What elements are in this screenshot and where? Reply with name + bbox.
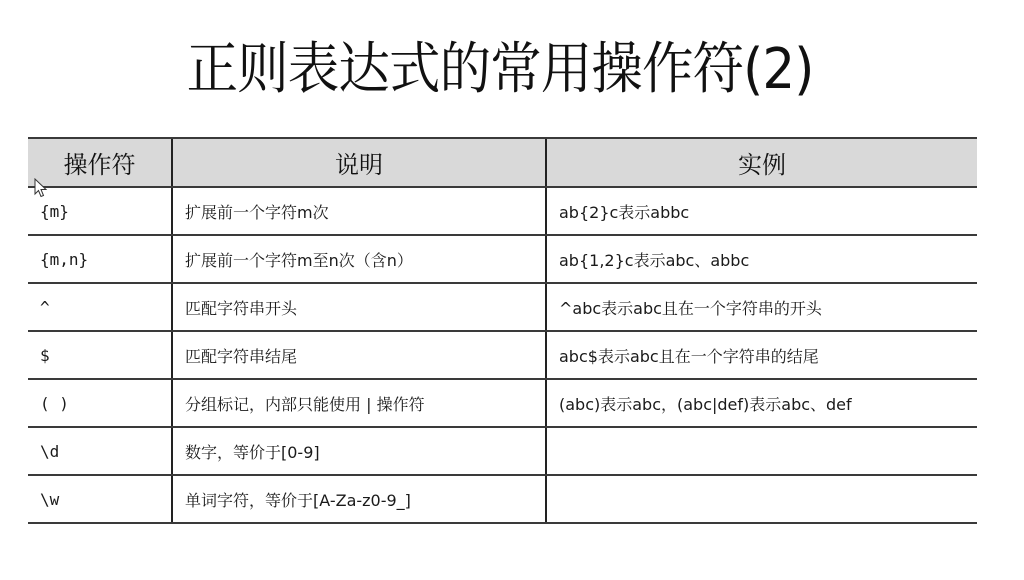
mouse-pointer-icon xyxy=(34,178,48,198)
table-row: {m} 扩展前一个字符m次 ab{2}c表示abbc xyxy=(28,187,977,235)
table-header-row: 操作符 说明 实例 xyxy=(28,138,977,187)
operator-cell: $ xyxy=(28,331,172,379)
table-row: $ 匹配字符串结尾 abc$表示abc且在一个字符串的结尾 xyxy=(28,331,977,379)
header-description: 说明 xyxy=(172,138,546,187)
slide: 正则表达式的常用操作符(2) 操作符 说明 实例 {m} 扩展前一个字符m次 a… xyxy=(0,0,1024,580)
operator-cell: ( ) xyxy=(28,379,172,427)
table-row: \d 数字，等价于[0-9] xyxy=(28,427,977,475)
operators-table: 操作符 说明 实例 {m} 扩展前一个字符m次 ab{2}c表示abbc {m,… xyxy=(28,137,977,524)
table-row: ^ 匹配字符串开头 ^abc表示abc且在一个字符串的开头 xyxy=(28,283,977,331)
description-cell: 数字，等价于[0-9] xyxy=(172,427,546,475)
operator-cell: {m,n} xyxy=(28,235,172,283)
header-example: 实例 xyxy=(546,138,977,187)
example-cell: (abc)表示abc，(abc|def)表示abc、def xyxy=(546,379,977,427)
slide-title: 正则表达式的常用操作符(2) xyxy=(40,30,960,110)
header-operator: 操作符 xyxy=(28,138,172,187)
example-cell: abc$表示abc且在一个字符串的结尾 xyxy=(546,331,977,379)
operator-cell: {m} xyxy=(28,187,172,235)
description-cell: 单词字符，等价于[A-Za-z0-9_] xyxy=(172,475,546,523)
description-cell: 分组标记，内部只能使用 | 操作符 xyxy=(172,379,546,427)
table-row: \w 单词字符，等价于[A-Za-z0-9_] xyxy=(28,475,977,523)
operator-cell: \w xyxy=(28,475,172,523)
example-cell: ^abc表示abc且在一个字符串的开头 xyxy=(546,283,977,331)
description-cell: 匹配字符串结尾 xyxy=(172,331,546,379)
description-cell: 匹配字符串开头 xyxy=(172,283,546,331)
description-cell: 扩展前一个字符m至n次（含n） xyxy=(172,235,546,283)
operator-cell: \d xyxy=(28,427,172,475)
example-cell xyxy=(546,475,977,523)
example-cell: ab{2}c表示abbc xyxy=(546,187,977,235)
operator-cell: ^ xyxy=(28,283,172,331)
table-row: {m,n} 扩展前一个字符m至n次（含n） ab{1,2}c表示abc、abbc xyxy=(28,235,977,283)
table-row: ( ) 分组标记，内部只能使用 | 操作符 (abc)表示abc，(abc|de… xyxy=(28,379,977,427)
example-cell xyxy=(546,427,977,475)
description-cell: 扩展前一个字符m次 xyxy=(172,187,546,235)
example-cell: ab{1,2}c表示abc、abbc xyxy=(546,235,977,283)
